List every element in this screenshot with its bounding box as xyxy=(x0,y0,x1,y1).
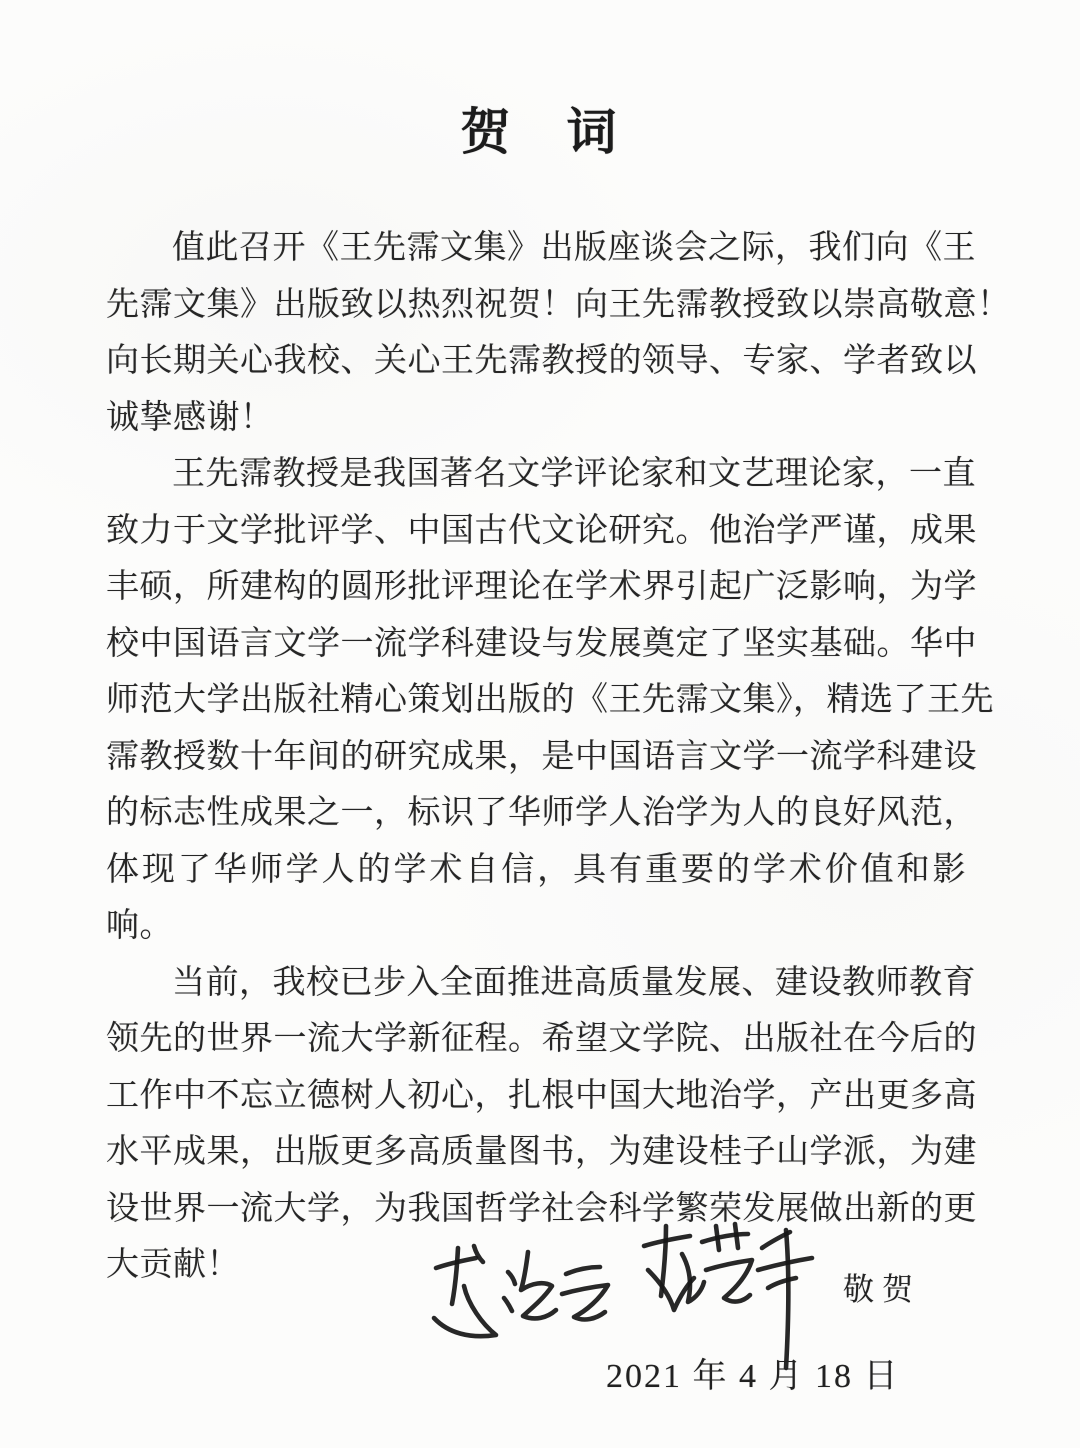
body-line: 致力于文学批评学、中国古代文论研究。他治学严谨，成果 xyxy=(106,503,966,560)
body-line: 的标志性成果之一，标识了华师学人治学为人的良好风范， xyxy=(106,785,966,842)
paragraph: 值此召开《王先霈文集》出版座谈会之际，我们向《王 先霈文集》出版致以热烈祝贺！向… xyxy=(106,220,966,446)
body-line: 值此召开《王先霈文集》出版座谈会之际，我们向《王 xyxy=(106,220,966,277)
page-title: 贺 词 xyxy=(0,0,1080,164)
closing-label: 敬贺 xyxy=(843,1264,921,1309)
paragraph: 王先霈教授是我国著名文学评论家和文艺理论家，一直 致力于文学批评学、中国古代文论… xyxy=(106,446,966,955)
body-line: 王先霈教授是我国著名文学评论家和文艺理论家，一直 xyxy=(106,446,966,503)
body-line: 丰硕，所建构的圆形批评理论在学术界引起广泛影响，为学 xyxy=(106,559,966,616)
body-line: 领先的世界一流大学新征程。希望文学院、出版社在今后的 xyxy=(106,1011,966,1068)
body-line: 师范大学出版社精心策划出版的《王先霈文集》，精选了王先 xyxy=(106,672,966,729)
body-line: 工作中不忘立德树人初心，扎根中国大地治学，产出更多高 xyxy=(106,1068,966,1125)
body-line: 先霈文集》出版致以热烈祝贺！向王先霈教授致以崇高敬意！ xyxy=(106,277,966,334)
body-line: 霈教授数十年间的研究成果，是中国语言文学一流学科建设 xyxy=(106,729,966,786)
signature-block: 敬贺 2021 年 4 月 18 日 xyxy=(0,1212,1080,1448)
body-line: 当前，我校已步入全面推进高质量发展、建设教师教育 xyxy=(106,955,966,1012)
letter-body: 值此召开《王先霈文集》出版座谈会之际，我们向《王 先霈文集》出版致以热烈祝贺！向… xyxy=(106,220,966,1294)
scanned-letter-page: 贺 词 值此召开《王先霈文集》出版座谈会之际，我们向《王 先霈文集》出版致以热烈… xyxy=(0,0,1080,1448)
body-line: 校中国语言文学一流学科建设与发展奠定了坚实基础。华中 xyxy=(106,616,966,673)
date-line: 2021 年 4 月 18 日 xyxy=(606,1348,900,1397)
body-line: 诚挚感谢！ xyxy=(106,390,966,447)
body-line: 体现了华师学人的学术自信，具有重要的学术价值和影响。 xyxy=(106,842,966,955)
body-line: 水平成果，出版更多高质量图书，为建设桂子山学派，为建 xyxy=(106,1124,966,1181)
signature-zhao-lingyun xyxy=(424,1238,624,1348)
body-line: 向长期关心我校、关心王先霈教授的领导、专家、学者致以 xyxy=(106,333,966,390)
